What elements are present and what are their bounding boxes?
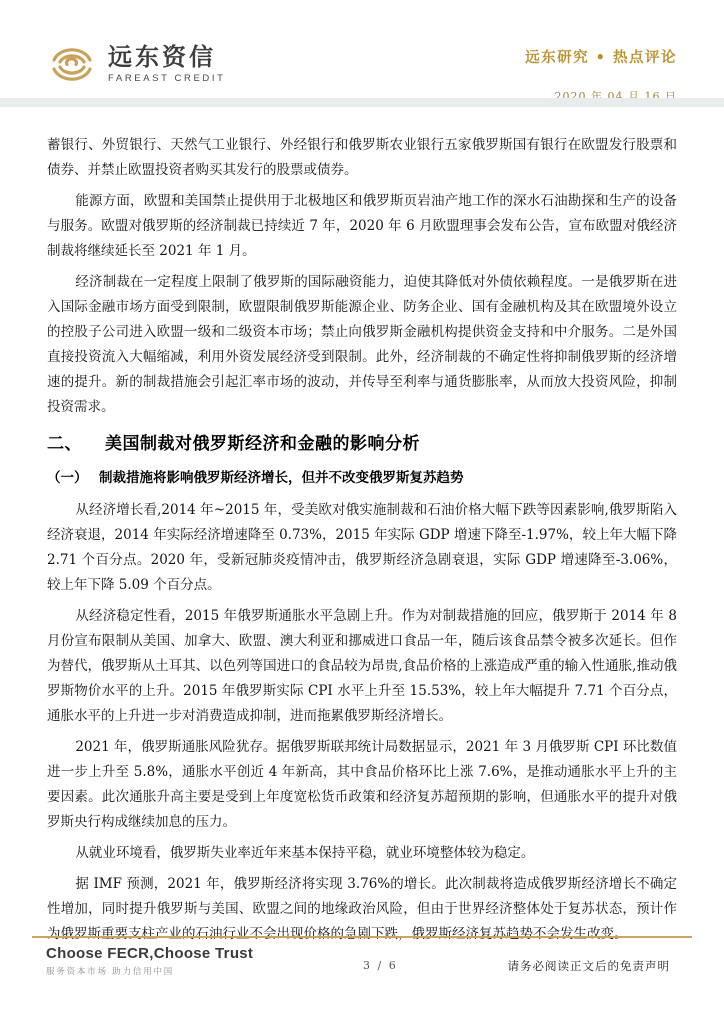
subsection-heading: （一）制裁措施将影响俄罗斯经济增长，但并不改变俄罗斯复苏趋势 xyxy=(47,466,677,490)
paragraph: 从就业环境看，俄罗斯失业率近年来基本保持平稳，就业环境整体较为稳定。 xyxy=(47,841,677,866)
header-right: 远东研究 • 热点评论 2020 年 04 月 16 日 xyxy=(525,46,677,104)
paragraph: 从经济增长看,2014 年~2015 年，受美欧对俄实施制裁和石油价格大幅下跌等… xyxy=(47,498,677,598)
paragraph: 2021 年，俄罗斯通胀风险犹存。据俄罗斯联邦统计局数据显示，2021 年 3 … xyxy=(47,735,677,835)
page-footer: Choose FECR,Choose Trust 服务资本市场 助力信用中国 3… xyxy=(32,936,692,977)
section-title: 美国制裁对俄罗斯经济和金融的影响分析 xyxy=(105,434,420,454)
footer-slogan-en: Choose FECR,Choose Trust xyxy=(46,945,253,962)
paragraph: 从经济稳定性看，2015 年俄罗斯通胀水平急剧上升。作为对制裁措施的回应，俄罗斯… xyxy=(47,604,677,729)
page-header: 远东资信 FAREAST CREDIT 远东研究 • 热点评论 2020 年 0… xyxy=(0,0,724,108)
footer-slogan-block: Choose FECR,Choose Trust 服务资本市场 助力信用中国 xyxy=(32,945,253,977)
paragraph: 蓄银行、外贸银行、天然气工业银行、外经银行和俄罗斯农业银行五家俄罗斯国有银行在欧… xyxy=(47,133,677,183)
brand-text: 远东资信 FAREAST CREDIT xyxy=(108,44,226,84)
fareast-credit-logo: 远东资信 FAREAST CREDIT xyxy=(48,40,226,88)
section-heading: 二、美国制裁对俄罗斯经济和金融的影响分析 xyxy=(47,432,677,456)
subsection-title: 制裁措施将影响俄罗斯经济增长，但并不改变俄罗斯复苏趋势 xyxy=(99,470,464,486)
series-title: 远东研究 • 热点评论 xyxy=(525,46,677,67)
brand-name-cn: 远东资信 xyxy=(108,44,226,70)
report-page: 远东资信 FAREAST CREDIT 远东研究 • 热点评论 2020 年 0… xyxy=(0,0,724,1024)
paragraph: 经济制裁在一定程度上限制了俄罗斯的国际融资能力，迫使其降低对外债依赖程度。一是俄… xyxy=(47,270,677,420)
section-number: 二、 xyxy=(47,432,105,456)
brand-name-en: FAREAST CREDIT xyxy=(108,73,226,84)
subsection-number: （一） xyxy=(47,466,99,490)
page-number: 3 / 6 xyxy=(363,959,398,972)
fareast-credit-logo-icon xyxy=(48,40,96,88)
footer-disclaimer: 请务必阅读正文后的免责声明 xyxy=(507,958,692,974)
header-divider xyxy=(0,98,724,107)
paragraph: 能源方面，欧盟和美国禁止提供用于北极地区和俄罗斯页岩油产地工作的深水石油勘探和生… xyxy=(47,189,677,264)
report-body: 蓄银行、外贸银行、天然气工业银行、外经银行和俄罗斯农业银行五家俄罗斯国有银行在欧… xyxy=(47,133,677,953)
footer-slogan-cn: 服务资本市场 助力信用中国 xyxy=(46,965,253,977)
